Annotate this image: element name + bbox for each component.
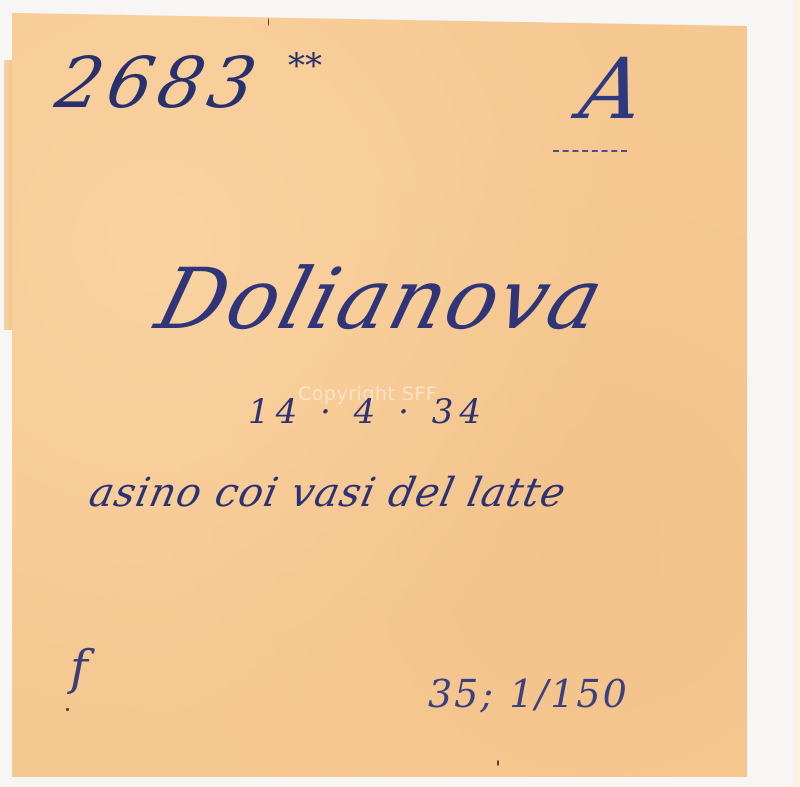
caption: asino coi vasi del latte — [85, 470, 570, 516]
ink-speck — [268, 18, 269, 26]
series-letter-underline — [553, 150, 627, 154]
mark-f: f — [70, 640, 88, 696]
reference-number: 35; 1/150 — [428, 672, 629, 716]
place-name: Dolianova — [147, 250, 615, 348]
catalog-star-marks: ** — [288, 46, 322, 86]
ink-speck — [497, 760, 499, 766]
ink-speck — [66, 708, 69, 711]
background-strip — [793, 0, 800, 787]
catalog-number: 2683 — [49, 42, 269, 124]
date: 14 · 4 · 34 — [248, 392, 487, 432]
